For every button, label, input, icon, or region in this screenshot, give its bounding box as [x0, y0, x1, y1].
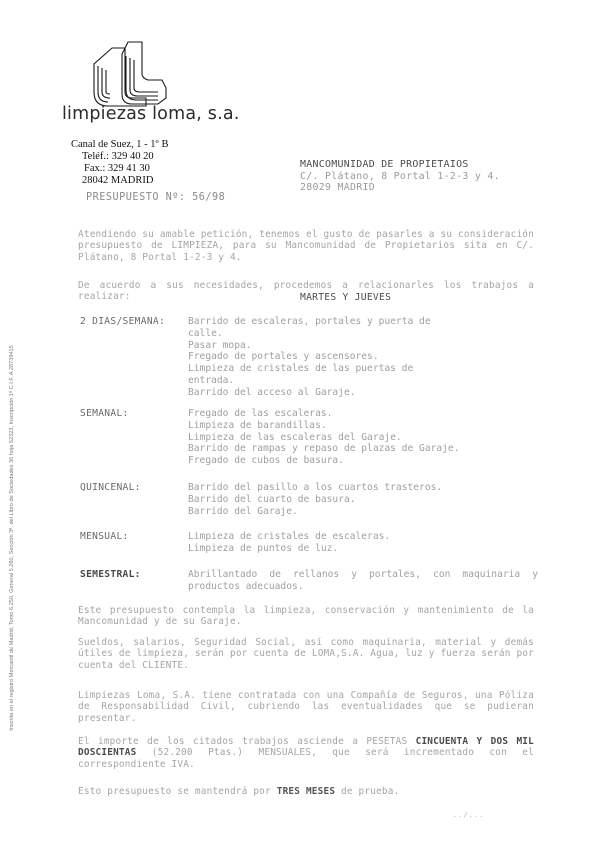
schedule-label: QUINCENAL:: [80, 482, 141, 494]
validity-period: TRES MESES: [277, 786, 335, 797]
company-name: limpiezas loma, s.a.: [62, 104, 240, 124]
schedule-item: Fregado de portales y ascensores.: [188, 351, 538, 363]
service-days: MARTES Y JUEVES: [300, 292, 391, 303]
price-text-pre: El importe de los citados trabajos ascie…: [78, 736, 407, 747]
schedule-item: Barrido del pasillo a los cuartos traste…: [188, 482, 538, 494]
schedule-item: Barrido de escaleras, portales y puerta …: [188, 316, 538, 328]
schedule-label: MENSUAL:: [80, 531, 129, 543]
costs-paragraph: Sueldos, salarios, Seguridad Social, así…: [78, 637, 534, 671]
price-text-post: (52.200 Ptas.) MENSUALES, que será incre…: [78, 747, 534, 769]
schedule-items: Limpieza de cristales de escaleras. Limp…: [188, 531, 538, 555]
schedule-item: Barrido del acceso al Garaje.: [188, 387, 538, 399]
page-continuation-mark: ../...: [453, 811, 484, 819]
budget-number: PRESUPUESTO Nº: 56/98: [86, 192, 225, 203]
schedule-item: Limpieza de las escaleras del Garaje.: [188, 432, 538, 444]
schedule-item: entrada.: [188, 375, 538, 387]
schedule-item: Limpieza de cristales de las puertas de: [188, 363, 538, 375]
schedule-items: Barrido de escaleras, portales y puerta …: [188, 316, 538, 399]
registry-sidebar-text: Inscrita en el registro Mercantil de Mad…: [9, 278, 15, 798]
scope-paragraph: Este presupuesto contempla la limpieza, …: [78, 605, 534, 628]
intro-paragraph: Atendiendo su amable petición, tenemos e…: [78, 229, 534, 263]
schedule-item: Pasar mopa.: [188, 340, 538, 352]
validity-text-pre: Esto presupuesto se mantendrá por: [78, 786, 277, 797]
schedule-items: Fregado de las escaleras. Limpieza de ba…: [188, 408, 538, 467]
price-paragraph: El importe de los citados trabajos ascie…: [78, 736, 534, 770]
insurance-paragraph: Limpiezas Loma, S.A. tiene contratada co…: [78, 690, 534, 724]
recipient-city: 28029 MADRID: [300, 182, 500, 194]
schedule-item: Abrillantado de rellanos y portales, con…: [188, 569, 538, 593]
validity-paragraph: Esto presupuesto se mantendrá por TRES M…: [78, 786, 534, 797]
schedule-item: Fregado de cubos de basura.: [188, 455, 538, 467]
schedule-label: SEMANAL:: [80, 408, 129, 420]
schedule-item: Fregado de las escaleras.: [188, 408, 538, 420]
recipient-street: C/. Plátano, 8 Portal 1-2-3 y 4.: [300, 171, 500, 183]
fax-number: Fax.: 329 41 30: [84, 163, 150, 176]
schedule-item: Limpieza de puntos de luz.: [188, 543, 538, 555]
schedule-item: Limpieza de cristales de escaleras.: [188, 531, 538, 543]
schedule-label: 2 DIAS/SEMANA:: [80, 316, 165, 328]
schedule-item: Barrido del cuarto de basura.: [188, 494, 538, 506]
recipient-name: MANCOMUNIDAD DE PROPIETAIOS: [300, 159, 500, 171]
schedule-items: Barrido del pasillo a los cuartos traste…: [188, 482, 538, 517]
letter-page: limpiezas loma, s.a. Canal de Suez, 1 - …: [0, 0, 595, 841]
schedule-item: calle.: [188, 328, 538, 340]
recipient-block: MANCOMUNIDAD DE PROPIETAIOS C/. Plátano,…: [300, 159, 500, 194]
schedule-item: Barrido del Garaje.: [188, 506, 538, 518]
schedule-item: Barrido de rampas y repaso de plazas de …: [188, 443, 538, 455]
address-line: Canal de Suez, 1 - 1º B: [71, 139, 168, 152]
schedule-item: Limpieza de barandillas.: [188, 420, 538, 432]
phone-number: Teléf.: 329 40 20: [82, 151, 154, 164]
double-l-logo-icon: [88, 40, 168, 108]
schedule-label: SEMESTRAL:: [80, 569, 141, 581]
validity-text-post: de prueba.: [335, 786, 399, 797]
address-city: 28042 MADRID: [82, 175, 153, 188]
